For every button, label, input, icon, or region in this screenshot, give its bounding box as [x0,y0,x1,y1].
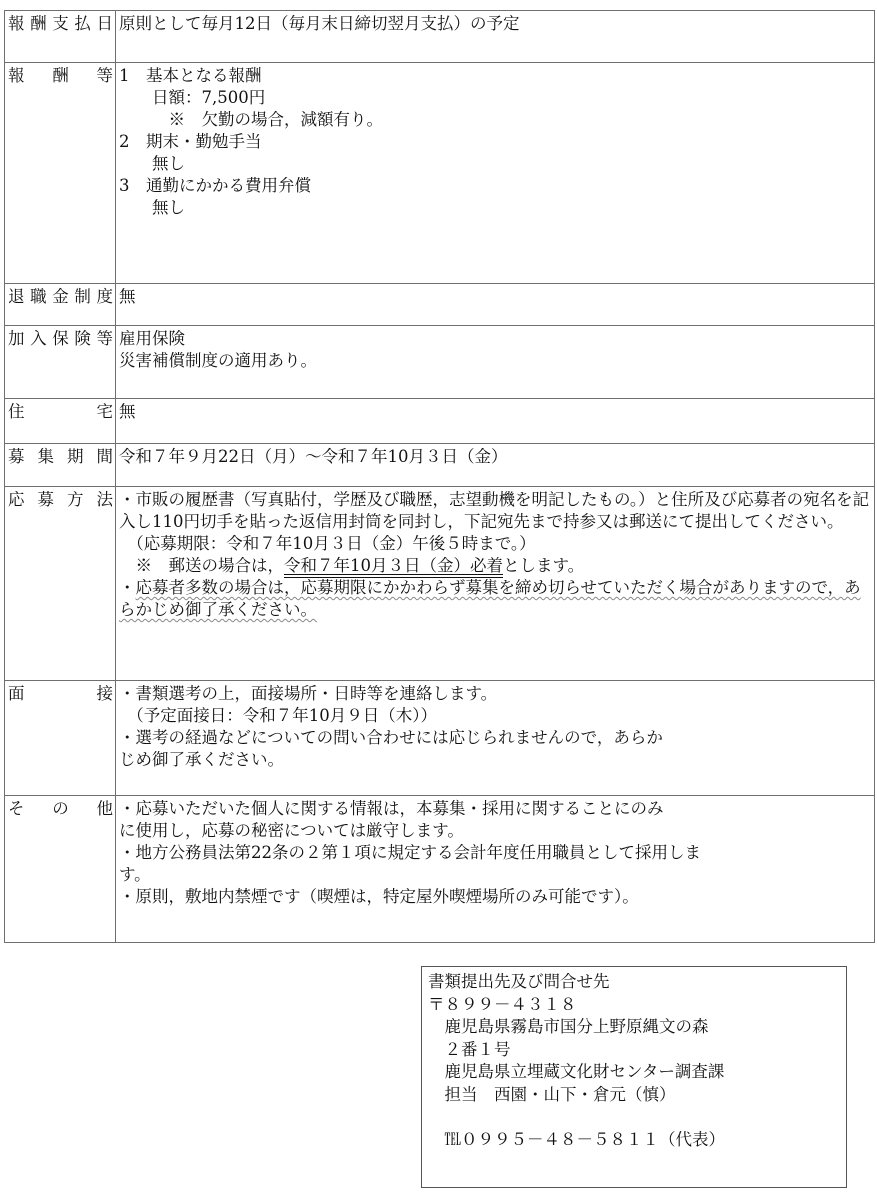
value-insurance: 雇用保険 災害補償制度の適用あり。 [116,326,875,399]
label-other: その他 [5,796,116,943]
row-retirement: 退職金制度 無 [5,284,875,326]
contact-person: 担当 西園・山下・倉元（慎） [428,1084,840,1107]
contact-address-line1: 鹿児島県霧島市国分上野原縄文の森 [428,1016,840,1039]
compensation-line: 2 期末・勤勉手当 [119,131,871,153]
row-housing: 住宅 無 [5,399,875,444]
row-insurance: 加入保険等 雇用保険 災害補償制度の適用あり。 [5,326,875,399]
label-compensation: 報酬等 [5,63,116,284]
row-other: その他 ・応募いただいた個人に関する情報は，本募集・採用に関することにのみ に使… [5,796,875,943]
label-payment-date: 報酬支払日 [5,11,116,63]
contact-title: 書類提出先及び問合せ先 [428,971,840,994]
label-housing: 住宅 [5,399,116,444]
value-application-method: ・市販の履歴書（写真貼付，学歴及び職歴，志望動機を明記したもの。）と住所及び応募… [116,487,875,681]
value-interview: ・書類選考の上，面接場所・日時等を連絡します。 （予定面接日：令和７年10月９日… [116,681,875,796]
value-other: ・応募いただいた個人に関する情報は，本募集・採用に関することにのみ に使用し，応… [116,796,875,943]
row-interview: 面接 ・書類選考の上，面接場所・日時等を連絡します。 （予定面接日：令和７年10… [5,681,875,796]
contact-box: 書類提出先及び問合せ先 〒８９９－４３１８ 鹿児島県霧島市国分上野原縄文の森 ２… [421,966,847,1188]
row-recruitment-period: 募集期間 令和７年９月22日（月）～令和７年10月３日（金） [5,444,875,487]
application-instructions: ・市販の履歴書（写真貼付，学歴及び職歴，志望動機を明記したもの。）と住所及び応募… [119,489,871,533]
payment-date-text: 原則として毎月12日（毎月末日締切翌月支払）の予定 [119,13,871,35]
value-compensation: 1 基本となる報酬 日額：7,500円 ※ 欠勤の場合，減額有り。 2 期末・勤… [116,63,875,284]
compensation-line: 無し [119,197,871,219]
value-payment-date: 原則として毎月12日（毎月末日締切翌月支払）の予定 [116,11,875,63]
mail-arrival-date: 令和７年10月３日（金）必着 [284,556,503,575]
contact-organization: 鹿児島県立埋蔵文化財センター調査課 [428,1061,840,1084]
contact-postal-code: 〒８９９－４３１８ [428,994,840,1017]
contact-spacer [428,1106,840,1129]
label-application-method: 応募方法 [5,487,116,681]
row-payment-date: 報酬支払日 原則として毎月12日（毎月末日締切翌月支払）の予定 [5,11,875,63]
compensation-line: 日額：7,500円 [119,87,871,109]
value-housing: 無 [116,399,875,444]
job-conditions-table: 報酬支払日 原則として毎月12日（毎月末日締切翌月支払）の予定 報酬等 1 基本… [4,10,875,943]
row-application-method: 応募方法 ・市販の履歴書（写真貼付，学歴及び職歴，志望動機を明記したもの。）と住… [5,487,875,681]
compensation-line: ※ 欠勤の場合，減額有り。 [119,109,871,131]
label-interview: 面接 [5,681,116,796]
compensation-line: 1 基本となる報酬 [119,65,871,87]
mail-notice: ※ 郵送の場合は，令和７年10月３日（金）必着とします。 [119,555,871,577]
value-retirement: 無 [116,284,875,326]
application-deadline: （応募期限：令和７年10月３日（金）午後５時まで。） [119,533,871,555]
row-compensation: 報酬等 1 基本となる報酬 日額：7,500円 ※ 欠勤の場合，減額有り。 2 … [5,63,875,284]
value-recruitment-period: 令和７年９月22日（月）～令和７年10月３日（金） [116,444,875,487]
compensation-line: 無し [119,153,871,175]
early-close-notice: ・応募者多数の場合は，応募期限にかかわらず募集を締め切らせていただく場合がありま… [119,577,871,621]
compensation-line: 3 通勤にかかる費用弁償 [119,175,871,197]
contact-address-line2: ２番１号 [428,1039,840,1062]
label-recruitment-period: 募集期間 [5,444,116,487]
contact-phone: ℡０９９５－４８－５８１１（代表） [428,1129,840,1152]
label-insurance: 加入保険等 [5,326,116,399]
label-retirement: 退職金制度 [5,284,116,326]
